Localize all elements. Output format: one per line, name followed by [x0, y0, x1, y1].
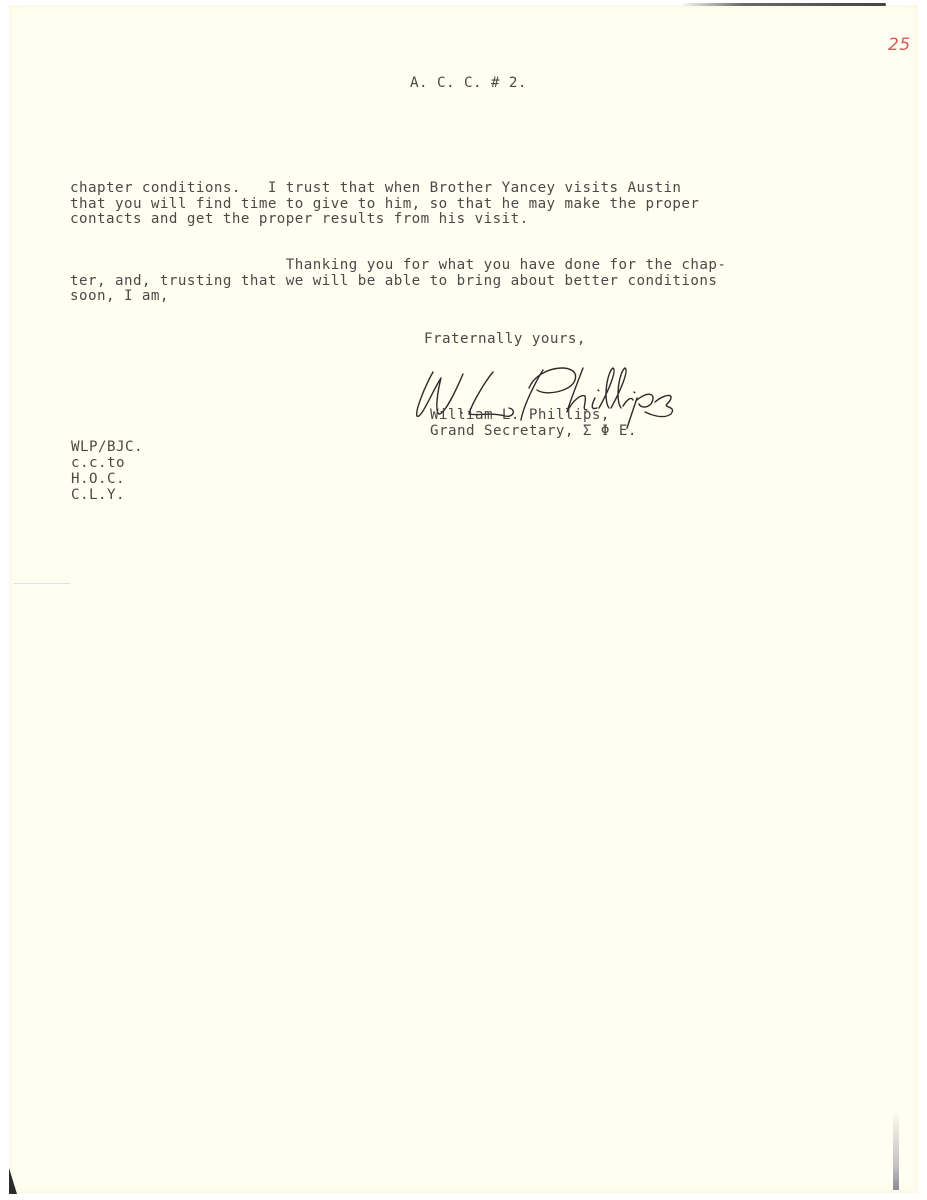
page-top-edge-shadow	[680, 3, 886, 6]
cc-recipient: C.L.Y.	[71, 488, 125, 504]
body-paragraph-1: chapter conditions. I trust that when Br…	[70, 181, 699, 228]
scan-edge-shadow	[893, 1110, 899, 1190]
fold-mark	[14, 583, 70, 584]
signatory-title: Grand Secretary, Σ Φ Ε.	[430, 424, 637, 440]
page-number-annotation: 25	[888, 35, 911, 55]
carbon-copy-label: c.c.to	[71, 456, 125, 472]
scan-corner-shadow	[9, 1168, 17, 1194]
page-header: A. C. C. # 2.	[410, 76, 527, 92]
signatory-name: William L. Phillips,	[430, 408, 610, 424]
body-paragraph-2: Thanking you for what you have done for …	[70, 258, 726, 305]
cc-recipient: H.O.C.	[71, 472, 125, 488]
closing-salutation: Fraternally yours,	[424, 332, 586, 348]
reference-initials: WLP/BJC.	[71, 440, 143, 456]
